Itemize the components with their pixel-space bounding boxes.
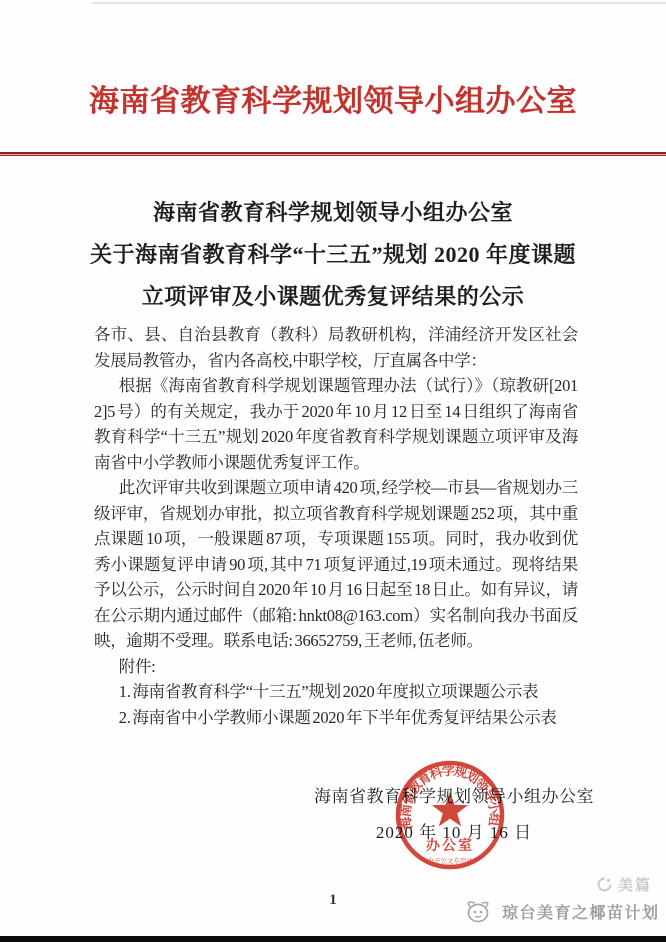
letterhead-office-name: 海南省教育科学规划领导小组办公室 [0,84,666,120]
bottom-border-bar [0,936,666,942]
meipian-watermark: 美篇 [597,874,652,895]
campaign-watermark: 琼台美育之椰苗计划 [462,898,660,925]
attachments-label: 附件: [94,654,578,680]
scanned-official-document: 海南省教育科学规划领导小组办公室 海南省教育科学规划领导小组办公室 关于海南省教… [0,0,666,942]
seal-center-text: 办公室 [426,837,474,854]
document-title: 海南省教育科学规划领导小组办公室 关于海南省教育科学“十三五”规划 2020 年… [0,192,666,318]
results-paragraph: 此次评审共收到课题立项申请 420 项, 经学校—市县—省规划办三级评审，省规划… [94,475,578,654]
basis-paragraph: 根据《海南省教育科学规划课题管理办法（试行）》（琼教研[2012]5 号）的有关… [94,373,578,475]
scan-edge-artifact [92,2,666,4]
document-title-line-3: 立项评审及小课题优秀复评结果的公示 [0,276,666,318]
document-title-line-2: 关于海南省教育科学“十三五”规划 2020 年度课题 [0,234,666,276]
campaign-watermark-text: 琼台美育之椰苗计划 [502,900,660,923]
seal-star-icon [432,792,468,826]
document-body: 各市、县、自治县教育（教科）局教研机构，洋浦经济开发区社会发展局教管办，省内各高… [94,322,578,730]
meipian-logo-icon [597,877,612,892]
seal-sub-text: (电子公文专用章) [425,856,475,865]
meipian-watermark-text: 美篇 [618,874,652,895]
mascot-icon [462,898,495,925]
attachment-item-1: 1. 海南省教育科学“十三五”规划 2020 年度拟立项课题公示表 [94,679,578,705]
letterhead-divider-rule [0,152,666,156]
document-title-line-1: 海南省教育科学规划领导小组办公室 [0,192,666,234]
salutation-paragraph: 各市、县、自治县教育（教科）局教研机构，洋浦经济开发区社会发展局教管办，省内各高… [94,322,578,373]
attachment-item-2: 2. 海南省中小学教师小课题 2020 年下半年优秀复评结果公示表 [94,705,578,731]
official-red-seal: 海南省教育科学规划领导小组 办公室 (电子公文专用章) [384,749,516,881]
